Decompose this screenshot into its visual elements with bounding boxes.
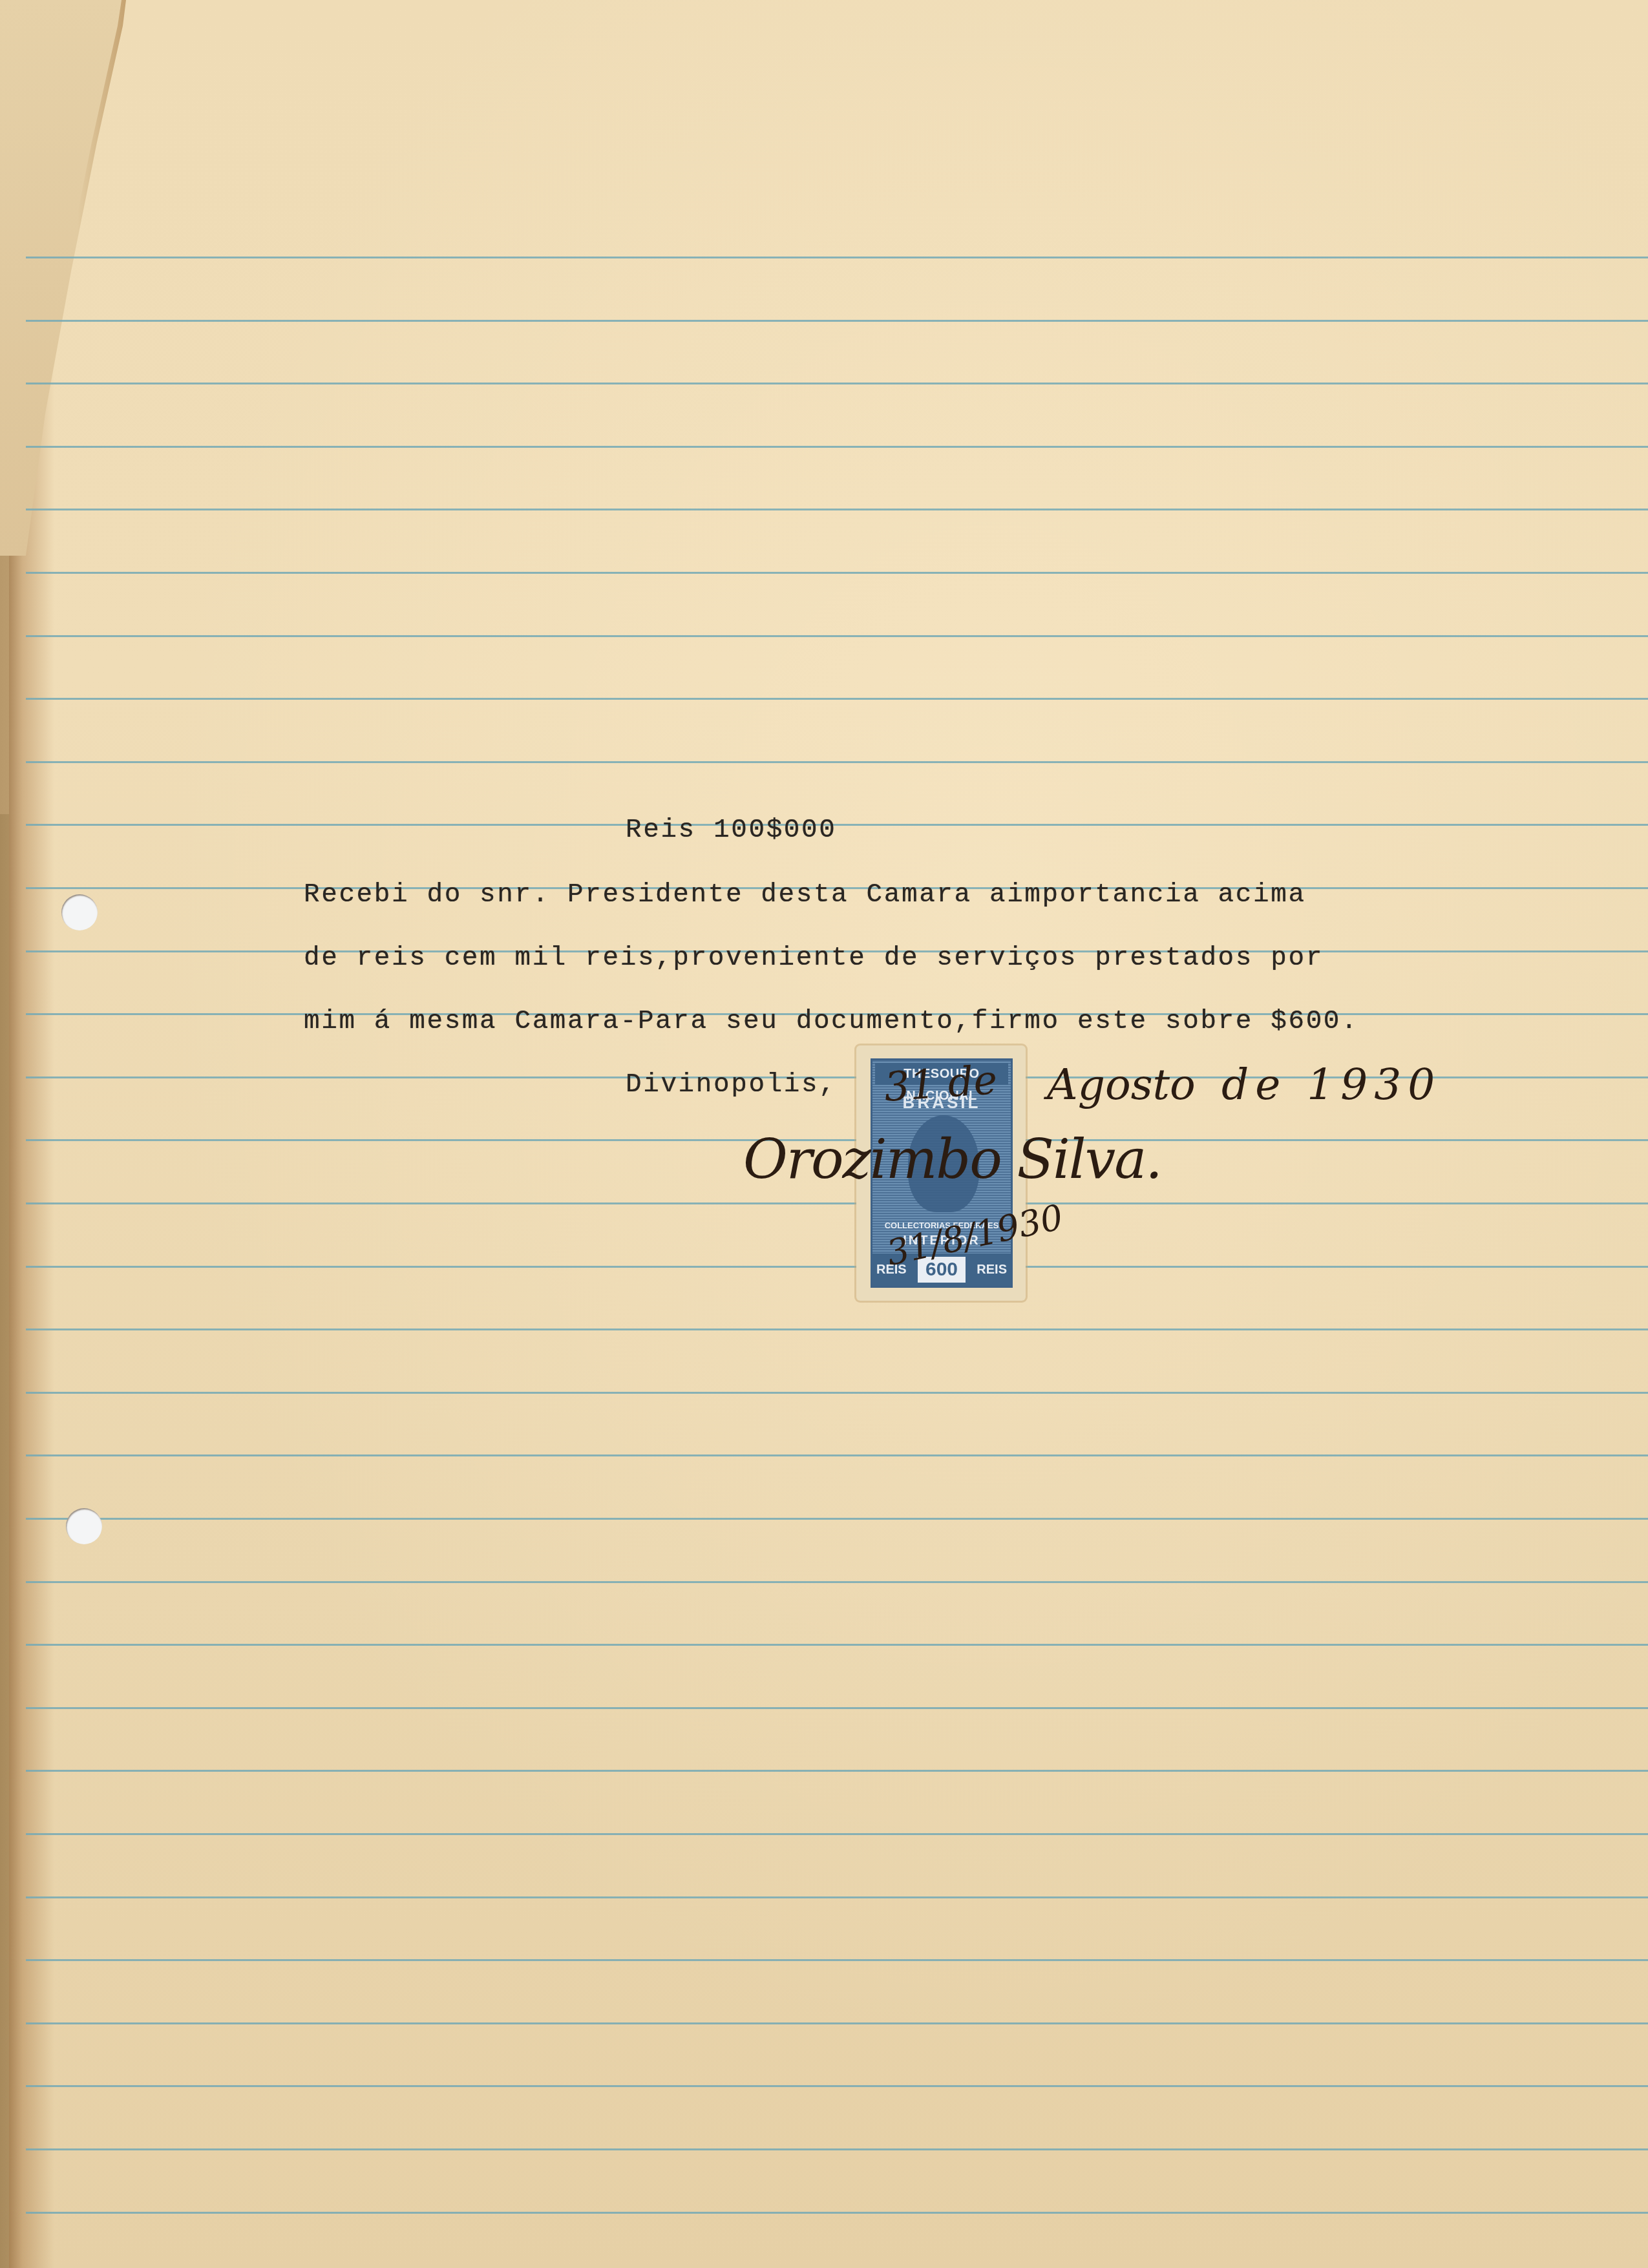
handwritten-day: 31 de [883,1056,999,1111]
ruled-line [26,698,1648,700]
ruled-line [26,257,1648,258]
ruled-line [26,1959,1648,1961]
body-line-1: Recebi do snr. Presidente desta Camara a… [304,880,1306,910]
ruled-line [26,1581,1648,1583]
ruled-line [26,1644,1648,1646]
ruled-line [26,635,1648,637]
ruled-line [26,1392,1648,1394]
ruled-line [26,383,1648,384]
ruled-line [26,1770,1648,1772]
ruled-line [26,1202,1648,1204]
ruled-line [26,2022,1648,2024]
body-line-3: mim á mesma Camara-Para seu documento,fi… [304,1007,1358,1036]
ruled-line [26,1328,1648,1330]
ruled-line [26,1896,1648,1898]
ruled-line [26,824,1648,826]
stamp-currency-right: REIS [977,1263,1007,1277]
punch-hole-bottom [66,1508,102,1544]
ruled-line [26,2085,1648,2087]
amount-heading: Reis 100$000 [626,815,836,845]
dateline-place: Divinopolis, [626,1070,836,1100]
ruled-line [26,2148,1648,2150]
handwritten-month: Agosto [1047,1060,1196,1109]
ruled-line [26,2212,1648,2214]
ruled-line [26,572,1648,574]
handwritten-year: de 1930 [1221,1060,1441,1109]
ruled-line [26,1833,1648,1835]
ruled-line [26,1266,1648,1268]
signature: Orozimbo Silva. [743,1128,1161,1191]
ruled-line [26,761,1648,763]
body-line-2: de reis cem mil reis,proveniente de serv… [304,943,1324,973]
punch-hole-top [61,894,98,930]
ruled-line [26,446,1648,448]
ruled-line [26,320,1648,322]
ruled-line [26,1518,1648,1520]
ruled-line [26,1454,1648,1456]
ruled-line [26,1707,1648,1709]
ruled-line [26,509,1648,510]
